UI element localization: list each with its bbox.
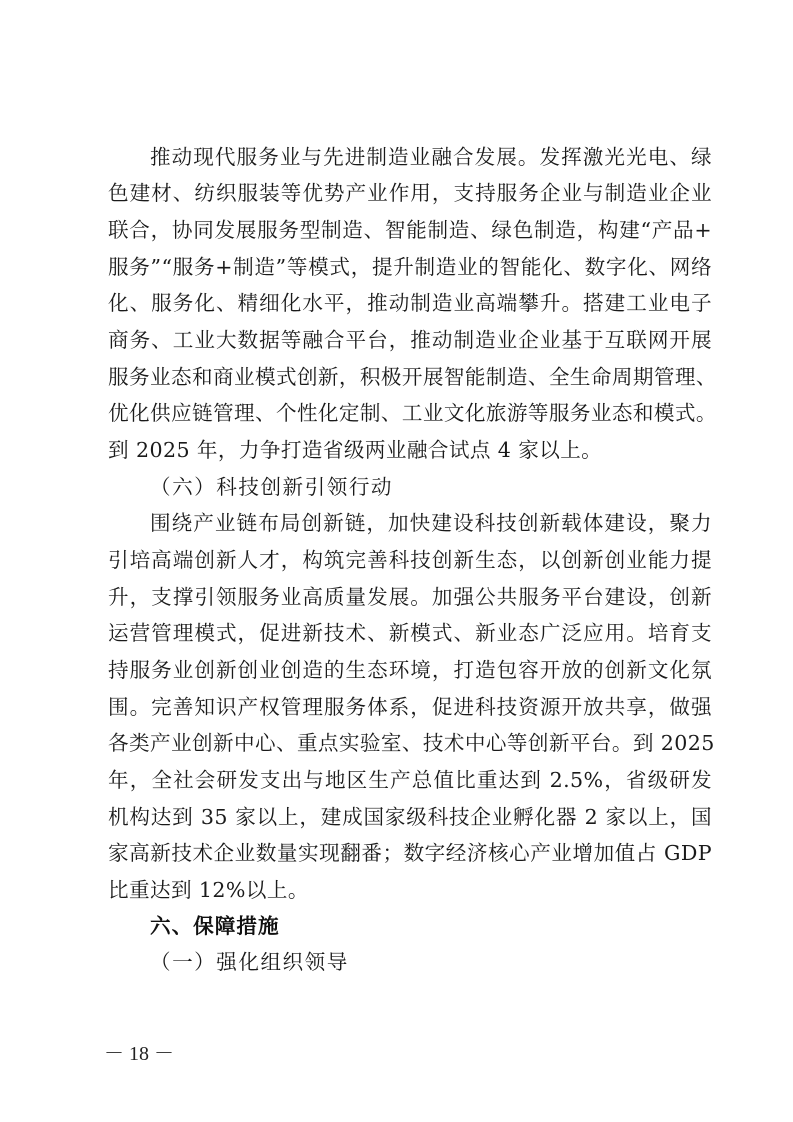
- text-line: 优化供应链管理、个性化定制、工业文化旅游等服务业态和模式。: [108, 398, 712, 428]
- text-line: 持服务业创新创业创造的生态环境，打造包容开放的创新文化氛: [108, 655, 712, 685]
- text-line: 机构达到 35 家以上，建成国家级科技企业孵化器 2 家以上，国: [108, 802, 712, 832]
- text-line: 引培高端创新人才，构筑完善科技创新生态，以创新创业能力提: [108, 545, 712, 575]
- page-number: － 18 －: [104, 1040, 174, 1068]
- document-page: 推动现代服务业与先进制造业融合发展。发挥激光光电、绿 色建材、纺织服装等优势产业…: [0, 0, 793, 1122]
- text-line: 联合，协同发展服务型制造、智能制造、绿色制造，构建“产品+: [108, 215, 712, 245]
- text-line: 围。完善知识产权管理服务体系，促进科技资源开放共享，做强: [108, 692, 712, 722]
- text-line: 升，支撑引领服务业高质量发展。加强公共服务平台建设，创新: [108, 582, 712, 612]
- text-line: 商务、工业大数据等融合平台，推动制造业企业基于互联网开展: [108, 325, 712, 355]
- text-line: 推动现代服务业与先进制造业融合发展。发挥激光光电、绿: [150, 142, 712, 172]
- text-line: 各类产业创新中心、重点实验室、技术中心等创新平台。到 2025: [108, 728, 712, 758]
- text-line: 色建材、纺织服装等优势产业作用，支持服务企业与制造业企业: [108, 178, 712, 208]
- subheading-organization-leadership: （一）强化组织领导: [150, 947, 349, 977]
- subheading-tech-innovation: （六）科技创新引领行动: [150, 472, 393, 502]
- text-line: 年，全社会研发支出与地区生产总值比重达到 2.5%，省级研发: [108, 765, 712, 795]
- text-line: 运营管理模式，促进新技术、新模式、新业态广泛应用。培育支: [108, 618, 712, 648]
- text-line: 比重达到 12%以上。: [108, 875, 712, 905]
- text-line: 家高新技术企业数量实现翻番；数字经济核心产业增加值占 GDP: [108, 838, 712, 868]
- text-line: 化、服务化、精细化水平，推动制造业高端攀升。搭建工业电子: [108, 288, 712, 318]
- text-line: 服务”“服务+制造”等模式，提升制造业的智能化、数字化、网络: [108, 252, 712, 282]
- text-line: 围绕产业链布局创新链，加快建设科技创新载体建设，聚力: [150, 508, 712, 538]
- text-line: 服务业态和商业模式创新，积极开展智能制造、全生命周期管理、: [108, 362, 712, 392]
- section-heading-safeguards: 六、保障措施: [150, 911, 280, 941]
- text-line: 到 2025 年，力争打造省级两业融合试点 4 家以上。: [108, 435, 712, 465]
